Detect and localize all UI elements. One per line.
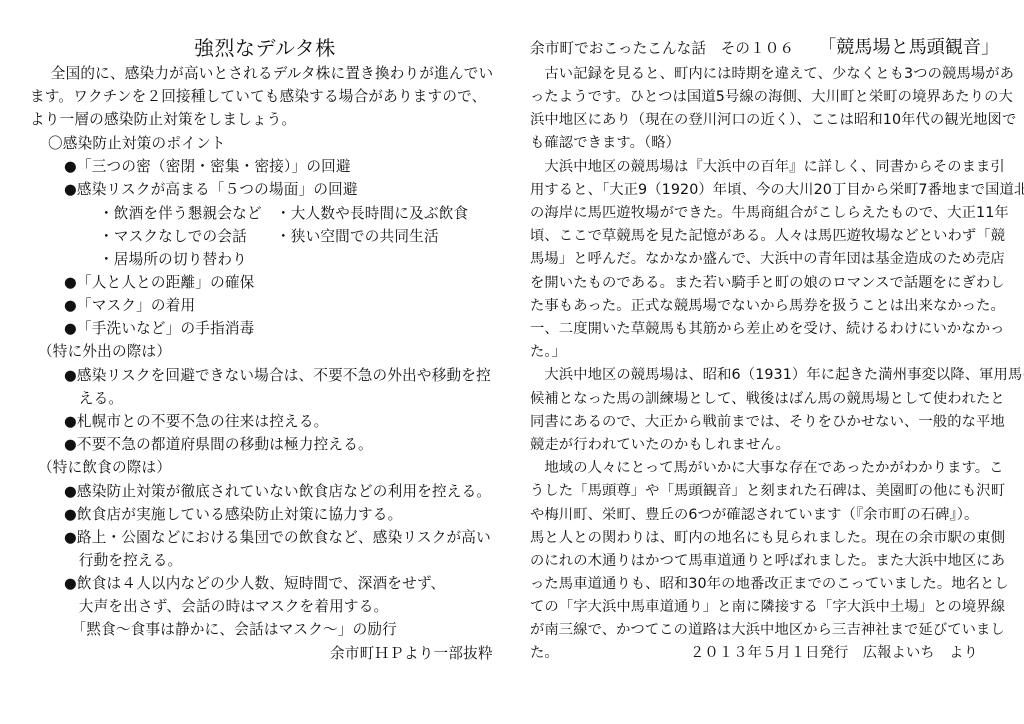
body-line: 大浜中地区の競馬場は、昭和6（1931）年に起きた満州事変以降、軍用馬の [530,365,1024,385]
scene-item: ・マスクなしでの会話 [99,227,247,247]
body-line: の海岸に馬匹遊牧場ができた。牛馬商組合がこしらえたもので、大正11年 [530,203,1009,223]
point-item: ●感染リスクが高まる「５つの場面」の回避 [64,180,358,200]
intro-line: 全国的に、感染力が高いとされるデルタ株に置き換わりが進んでい [36,64,493,84]
point-item: ●「手洗いなど」の手指消毒 [64,319,254,339]
intro-line: ます。ワクチンを２回接種していても感染する場合がありますので、 [30,87,486,107]
outing-item: ●感染リスクを回避できない場合は、不要不急の外出や移動を控 [64,366,491,386]
body-line: た事もあった。正式な競馬場でないから馬券を扱うことは出来なかった。 [530,296,1005,316]
dining-item: ●路上・公園などにおける集団での飲食など、感染リスクが高い [64,528,491,548]
series-label: 余市町でおこったこんな話 その１０６ [530,40,794,57]
outing-item: ●札幌市との不要不急の往来は控える。 [64,412,328,432]
scene-item: ・居場所の切り替わり [99,250,247,270]
dining-item: 大声を出さず、会話の時はマスクを着用する。 [64,597,388,617]
body-line: も確認できます。（略） [530,133,680,153]
point-item: ●「人と人との距離」の確保 [64,273,254,293]
source-credit: 余市町ＨＰより一部抜粋 [330,644,493,664]
dining-item: ●感染防止対策が徹底されていない飲食店などの利用を控える。 [64,482,491,502]
body-line: 馬と人との関わりは、町内の地名にも見られました。現在の余市駅の東側 [530,528,1005,548]
scene-item: ・狭い空間での共同生活 [276,227,439,247]
body-line: 競走が行われていたのかもしれません。 [530,435,790,455]
right-article-header: 余市町でおこったこんな話 その１０６「競馬場と馬頭観音」 [530,38,999,59]
body-line: た。」 [530,342,566,362]
body-line: が南三線で、かつてこの道路は大浜中地区から三吉神社まで延びていまし [530,620,1005,640]
body-line: 頃、ここで草競馬を見た記憶がある。人々は馬匹遊牧場などといわず「競 [530,226,1005,246]
body-line: 用すると、「大正9（1920）年頃、今の大川20丁目から栄町7番地まで国道北側 [530,180,1024,200]
body-line: った馬車道通りも、昭和30年の地番改正までのこっていました。地名とし [530,574,1009,594]
dining-heading: （特に飲食の際は） [38,458,171,478]
dining-item: ●飲食は４人以内などの少人数、短時間で、深酒をせず、 [64,574,445,594]
body-line: 浜中地区にあり（現在の登川河口の近く）、ここは昭和10年代の観光地図で [530,110,1016,130]
publication-footer: ２０１３年５月１日発行 広報よいち より [690,643,978,663]
body-line: 古い記録を見ると、町内には時期を違えて、少なくとも3つの競馬場があ [530,64,1014,84]
left-article-title: 強烈なデルタ株 [194,36,336,60]
dining-item: 行動を控える。 [64,551,182,571]
dining-item: ●飲食店が実施している感染防止対策に協力する。 [64,505,402,525]
body-line: 候補となった馬の訓練場として、戦後はばん馬の競馬場として使われたと [530,389,1005,409]
body-line: ての「字大浜中馬車道通り」と南に隣接する「字大浜中土場」との境界線 [530,597,1005,617]
dining-item: 「黙食～食事は静かに、会話はマスク～」の励行 [64,620,397,640]
body-line: や梅川町、栄町、豊丘の6つが確認されています（『余市町の石碑』）。 [530,505,978,525]
body-line: 一、二度開いた草競馬も其筋から差止めを受け、続けるわけにいかなかっ [530,319,1005,339]
outing-item: ●不要不急の都道府県間の移動は極力控える。 [64,435,373,455]
body-line: うした「馬頭尊」や「馬頭観音」と刻まれた石碑は、美園町の他にも沢町 [530,481,1005,501]
body-line: ったようです。ひとつは国道5号線の海側、大川町と栄町の境界あたりの大 [530,87,1013,107]
outing-item: える。 [64,389,123,409]
scene-item: ・飲酒を伴う懇親会など [99,204,262,224]
body-line: 大浜中地区の競馬場は『大浜中の百年』に詳しく、同書からそのまま引 [530,157,1005,177]
body-line: 地域の人々にとって馬がいかに大事な存在であったかがわかります。こ [530,458,1004,478]
intro-line: より一層の感染防止対策をしましょう。 [30,110,296,130]
right-article-title: 「競馬場と馬頭観音」 [818,37,999,58]
body-line: 同書にあるので、大正から戦前までは、そりをひかせない、一般的な平地 [530,412,1005,432]
body-line: た。 [530,643,559,663]
body-line: 馬場」と呼んだ。なかなか盛んで、大浜中の青年団は基金造成のため売店 [530,249,1005,269]
scene-item: ・大人数や長時間に及ぶ飲食 [276,204,468,224]
point-item: ●「三つの密（密閉・密集・密接）」の回避 [64,157,351,177]
body-line: のにれの木通りはかつて馬車道通りと呼ばれました。また大浜中地区にあ [530,551,1005,571]
body-line: を開いたものである。また若い騎手と町の娘のロマンスで話題をにぎわし [530,273,1005,293]
points-heading: 〇感染防止対策のポイント [48,134,226,154]
point-item: ●「マスク」の着用 [64,296,195,316]
outing-heading: （特に外出の際は） [38,342,171,362]
